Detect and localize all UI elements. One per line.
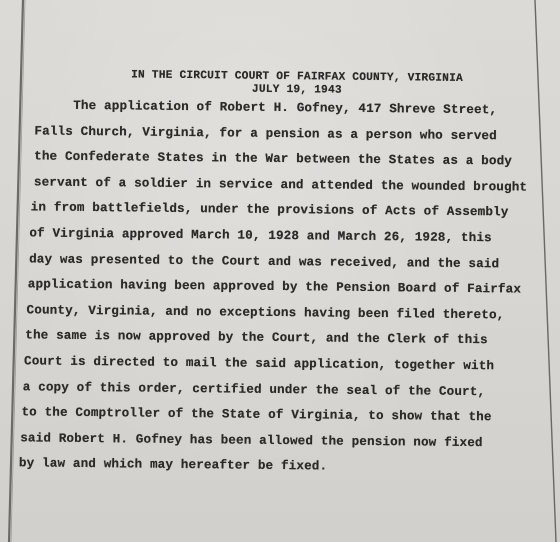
document-line: said Robert H. Gofney has been allowed t… <box>20 431 483 450</box>
document-line: the Confederate States in the War betwee… <box>34 150 512 169</box>
document-line: in from battlefields, under the provisio… <box>31 201 509 220</box>
document-line: servant of a soldier in service and atte… <box>34 175 527 194</box>
document-line: a copy of this order, certified under th… <box>23 380 486 399</box>
document-line: County, Virginia, and no exceptions havi… <box>26 303 504 322</box>
document-line: of Virginia approved March 10, 1928 and … <box>29 226 492 245</box>
document-line: day was presented to the Court and was r… <box>29 252 499 271</box>
document-body: IN THE CIRCUIT COURT OF FAIRFAX COUNTY, … <box>0 0 560 542</box>
document-line: The application of Robert H. Gofney, 417… <box>35 98 498 117</box>
document-line: the same is now approved by the Court, a… <box>25 329 488 348</box>
document-line: Court is directed to mail the said appli… <box>24 354 494 373</box>
document-line: application having been approved by the … <box>28 278 521 297</box>
document-line: by law and which may hereafter be fixed. <box>19 457 327 474</box>
document-line: to the Comptroller of the State of Virgi… <box>21 405 491 424</box>
document-line: Falls Church, Virginia, for a pension as… <box>34 124 497 143</box>
